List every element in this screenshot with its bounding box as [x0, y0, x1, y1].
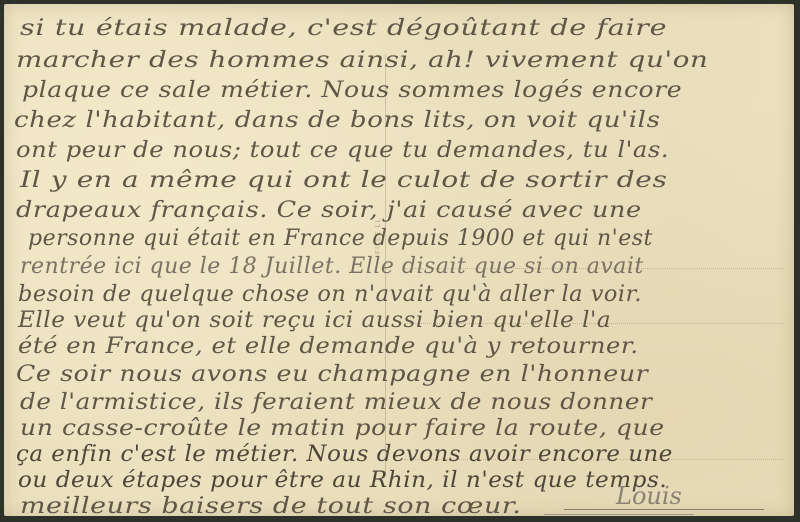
text-line: ont peur de nous; tout ce que tu demande…	[16, 138, 669, 163]
text-line: été en France, et elle demande qu'à y re…	[18, 334, 639, 359]
text-line: besoin de quelque chose on n'avait qu'à …	[18, 282, 642, 307]
text-line: chez l'habitant, dans de bons lits, on v…	[14, 108, 660, 133]
text-line: drapeaux français. Ce soir, j'ai causé a…	[16, 198, 642, 223]
text-line: Ce soir nous avons eu champagne en l'hon…	[16, 362, 648, 387]
text-line: meilleurs baisers de tout son cœur.	[20, 494, 521, 516]
text-line: rentrée ici que le 18 Juillet. Elle disa…	[20, 254, 644, 279]
text-line: personne qui était en France depuis 1900…	[28, 226, 653, 251]
signature: Louis	[616, 482, 682, 510]
signature-underline	[564, 509, 764, 510]
postcard: FILLE LL si tu étais malade, c'est dégoû…	[4, 4, 794, 516]
text-line: plaque ce sale métier. Nous sommes logés…	[22, 78, 682, 103]
text-line: si tu étais malade, c'est dégoûtant de f…	[20, 16, 667, 41]
text-line: ça enfin c'est le métier. Nous devons av…	[16, 442, 673, 467]
text-line: Il y en a même qui ont le culot de sorti…	[20, 168, 667, 193]
signature-underline	[544, 514, 694, 515]
text-line: de l'armistice, ils feraient mieux de no…	[20, 390, 652, 415]
text-line: un casse-croûte le matin pour faire la r…	[20, 416, 665, 441]
text-line: Elle veut qu'on soit reçu ici aussi bien…	[18, 308, 611, 333]
text-line: marcher des hommes ainsi, ah! vivement q…	[16, 48, 709, 73]
